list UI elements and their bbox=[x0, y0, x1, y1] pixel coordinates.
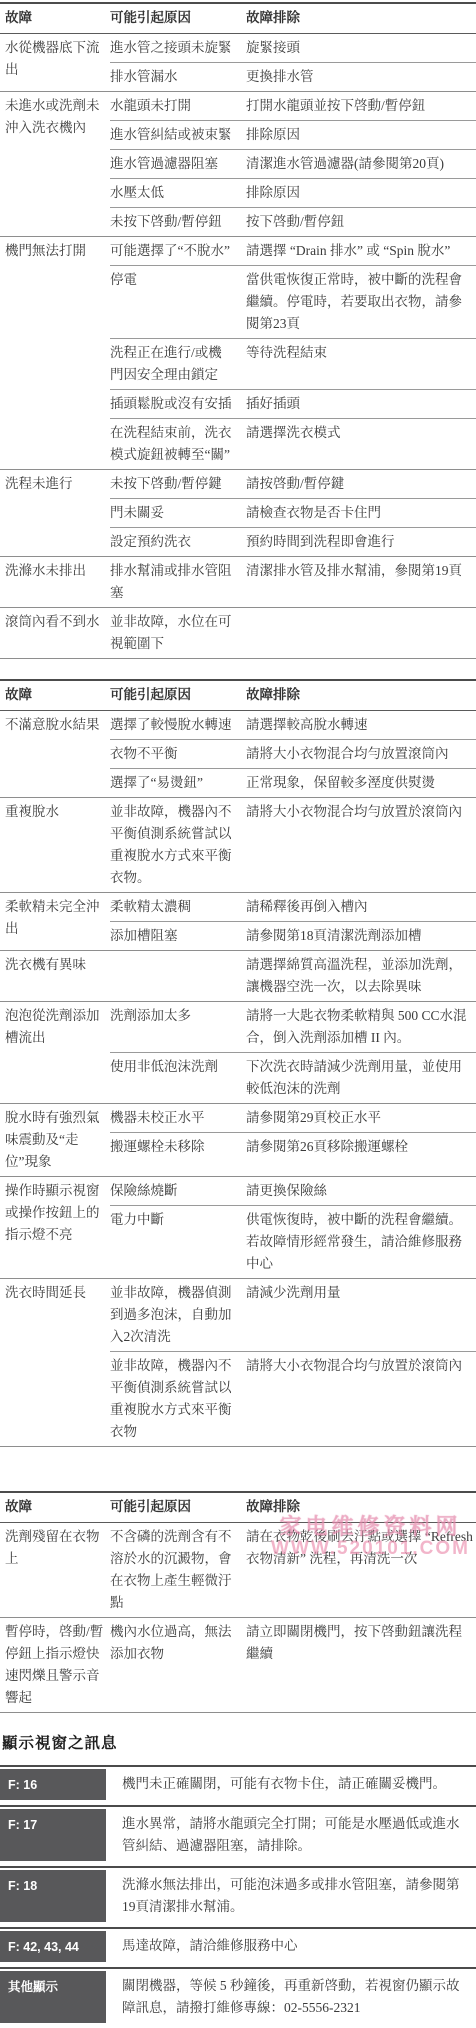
column-header: 故障排除 bbox=[240, 684, 476, 706]
column-header: 故障 bbox=[0, 7, 110, 29]
cause-fix-row: 門未關妥請檢查衣物是否卡住門 bbox=[110, 498, 476, 527]
fix-cell: 請選擇洗衣模式 bbox=[240, 419, 476, 469]
cause-cell: 在洗程結束前，洗衣模式旋鈕被轉至“關” bbox=[110, 419, 240, 469]
cause-fix-row: 進水管糾結或被束緊排除原因 bbox=[110, 120, 476, 149]
error-code-table: F: 16機門未正確關閉，可能有衣物卡住，請正確關妥機門。F: 17進水異常，請… bbox=[0, 1765, 476, 2023]
cause-fix-row: 衣物不平衡請將大小衣物混合均勻放置滾筒內 bbox=[110, 739, 476, 768]
cause-fix-row: 並非故障，機器內不平衡偵測系統嘗試以重複脫水方式來平衡衣物。請將大小衣物混合均勻… bbox=[110, 798, 476, 892]
cause-cell: 進水管糾結或被束緊 bbox=[110, 121, 240, 149]
error-code-row: F: 17進水異常，請將水龍頭完全打開；可能是水壓過低或進水管糾結、過濾器阻塞，… bbox=[0, 1805, 476, 1861]
fault-group-row: 暫停時，啓動/暫停鈕上指示燈快速閃爍且警示音響起機內水位過高，無法添加衣物請立即… bbox=[0, 1618, 476, 1713]
fault-cell: 洗劑殘留在衣物上 bbox=[0, 1523, 110, 1617]
cause-fix-row: 機器未校正水平請參閱第29頁校正水平 bbox=[110, 1104, 476, 1132]
cause-cell: 電力中斷 bbox=[110, 1206, 240, 1278]
fix-cell bbox=[240, 608, 476, 658]
cause-fix-list: 水龍頭未打開打開水龍頭並按下啓動/暫停鈕進水管糾結或被束緊排除原因進水管過濾器阻… bbox=[110, 92, 476, 236]
fault-group-row: 操作時顯示視窗或操作按鈕上的指示燈不亮保險絲燒斷請更換保險絲電力中斷供電恢復時，… bbox=[0, 1177, 476, 1279]
error-code-badge: F: 42, 43, 44 bbox=[0, 1931, 106, 1962]
fault-group-row: 洗滌水未排出排水幫浦或排水管阻塞清潔排水管及排水幫浦，參閱第19頁 bbox=[0, 557, 476, 608]
cause-fix-list: 保險絲燒斷請更換保險絲電力中斷供電恢復時，被中斷的洗程會繼續。若故障情形經常發生… bbox=[110, 1177, 476, 1278]
fix-cell: 請更換保險絲 bbox=[240, 1177, 476, 1205]
fix-cell: 請按啓動/暫停鍵 bbox=[240, 470, 476, 498]
fault-group-row: 洗程未進行未按下啓動/暫停鍵請按啓動/暫停鍵門未關妥請檢查衣物是否卡住門設定預約… bbox=[0, 470, 476, 557]
cause-fix-row: 未按下啓動/暫停鍵請按啓動/暫停鍵 bbox=[110, 470, 476, 498]
fault-cell: 操作時顯示視窗或操作按鈕上的指示燈不亮 bbox=[0, 1177, 110, 1278]
troubleshooting-tables: 故障可能引起原因故障排除水從機器底下流出進水管之接頭未旋緊旋緊接頭排水管漏水更換… bbox=[0, 2, 476, 1713]
fix-cell: 請將大小衣物混合均勻放置於滾筒內 bbox=[240, 1352, 476, 1446]
cause-cell: 機內水位過高，無法添加衣物 bbox=[110, 1618, 240, 1668]
fix-cell: 預約時間到洗程即會進行 bbox=[240, 528, 476, 556]
cause-cell: 添加槽阻塞 bbox=[110, 922, 240, 950]
cause-cell: 衣物不平衡 bbox=[110, 740, 240, 768]
cause-fix-list: 進水管之接頭未旋緊旋緊接頭排水管漏水更換排水管 bbox=[110, 34, 476, 91]
fault-cell: 泡泡從洗劑添加槽流出 bbox=[0, 1002, 110, 1103]
cause-fix-row: 選擇了“易燙鈕”正常現象，保留較多溼度供熨燙 bbox=[110, 768, 476, 797]
cause-cell: 搬運螺栓未移除 bbox=[110, 1133, 240, 1161]
fault-cell: 洗衣時間延長 bbox=[0, 1279, 110, 1446]
cause-fix-list: 機器未校正水平請參閱第29頁校正水平搬運螺栓未移除請參閱第26頁移除搬運螺栓 bbox=[110, 1104, 476, 1176]
fault-cell: 脫水時有強烈氣味震動及“走位”現象 bbox=[0, 1104, 110, 1176]
fault-group-row: 機門無法打開可能選擇了“不脫水”請選擇 “Drain 排水” 或 “Spin 脫… bbox=[0, 237, 476, 470]
fix-cell: 打開水龍頭並按下啓動/暫停鈕 bbox=[240, 92, 476, 120]
error-code-badge: F: 16 bbox=[0, 1769, 106, 1800]
cause-fix-row: 不含磷的洗劑含有不溶於水的沉澱物，會在衣物上產生輕微汙點請在衣物乾後刷去汙點或選… bbox=[110, 1523, 476, 1617]
fault-cell: 洗衣機有異味 bbox=[0, 951, 110, 1001]
fix-cell: 清潔排水管及排水幫浦，參閱第19頁 bbox=[240, 557, 476, 607]
cause-cell: 可能選擇了“不脫水” bbox=[110, 237, 240, 265]
error-code-row: 其他顯示關閉機器，等候 5 秒鐘後，再重新啓動，若視窗仍顯示故障訊息，請撥打維修… bbox=[0, 1967, 476, 2023]
cause-cell: 選擇了“易燙鈕” bbox=[110, 769, 240, 797]
column-header: 可能引起原因 bbox=[110, 1496, 240, 1518]
cause-cell: 水壓太低 bbox=[110, 179, 240, 207]
error-message: 關閉機器，等候 5 秒鐘後，再重新啓動，若視窗仍顯示故障訊息，請撥打維修專線：0… bbox=[106, 1971, 476, 2023]
column-header: 故障 bbox=[0, 1496, 110, 1518]
cause-cell: 並非故障，機器偵測到過多泡沫，自動加入2次清洗 bbox=[110, 1279, 240, 1351]
troubleshooting-table: 故障可能引起原因故障排除不滿意脫水結果選擇了較慢脫水轉速請選擇較高脫水轉速衣物不… bbox=[0, 679, 476, 1447]
fix-cell: 請將大小衣物混合均勻放置滾筒內 bbox=[240, 740, 476, 768]
cause-cell: 停電 bbox=[110, 266, 240, 338]
display-window-section: 顯示視窗之訊息 F: 16機門未正確關閉，可能有衣物卡住，請正確關妥機門。F: … bbox=[0, 1733, 476, 2023]
troubleshooting-table: 故障可能引起原因故障排除洗劑殘留在衣物上不含磷的洗劑含有不溶於水的沉澱物，會在衣… bbox=[0, 1491, 476, 1713]
fault-group-row: 洗衣時間延長並非故障，機器偵測到過多泡沫，自動加入2次清洗請減少洗劑用量並非故障… bbox=[0, 1279, 476, 1447]
section-title: 顯示視窗之訊息 bbox=[2, 1733, 476, 1755]
fault-cell: 機門無法打開 bbox=[0, 237, 110, 469]
fault-group-row: 柔軟精未完全沖出柔軟精太濃稠請稀釋後再倒入槽內添加槽阻塞請參閱第18頁清潔洗劑添… bbox=[0, 893, 476, 951]
cause-fix-row: 並非故障，機器偵測到過多泡沫，自動加入2次清洗請減少洗劑用量 bbox=[110, 1279, 476, 1351]
cause-fix-row: 水龍頭未打開打開水龍頭並按下啓動/暫停鈕 bbox=[110, 92, 476, 120]
fix-cell: 請檢查衣物是否卡住門 bbox=[240, 499, 476, 527]
cause-fix-row: 未按下啓動/暫停鈕按下啓動/暫停鈕 bbox=[110, 207, 476, 236]
cause-fix-row: 在洗程結束前，洗衣模式旋鈕被轉至“關”請選擇洗衣模式 bbox=[110, 418, 476, 469]
cause-cell: 保險絲燒斷 bbox=[110, 1177, 240, 1205]
fault-cell: 洗滌水未排出 bbox=[0, 557, 110, 607]
cause-fix-row: 並非故障，機器內不平衡偵測系統嘗試以重複脫水方式來平衡衣物請將大小衣物混合均勻放… bbox=[110, 1351, 476, 1446]
table-header-row: 故障可能引起原因故障排除 bbox=[0, 2, 476, 34]
cause-fix-row: 進水管之接頭未旋緊旋緊接頭 bbox=[110, 34, 476, 62]
cause-cell: 洗程正在進行/或機門因安全理由鎖定 bbox=[110, 339, 240, 389]
cause-fix-row: 柔軟精太濃稠請稀釋後再倒入槽內 bbox=[110, 893, 476, 921]
error-code-row: F: 16機門未正確關閉，可能有衣物卡住，請正確關妥機門。 bbox=[0, 1765, 476, 1800]
cause-cell: 不含磷的洗劑含有不溶於水的沉澱物，會在衣物上產生輕微汙點 bbox=[110, 1523, 240, 1617]
cause-cell: 選擇了較慢脫水轉速 bbox=[110, 711, 240, 739]
column-header: 可能引起原因 bbox=[110, 684, 240, 706]
error-code-row: F: 18洗滌水無法排出，可能泡沫過多或排水管阻塞，請參閱第19頁清潔排水幫浦。 bbox=[0, 1866, 476, 1922]
fault-group-row: 水從機器底下流出進水管之接頭未旋緊旋緊接頭排水管漏水更換排水管 bbox=[0, 34, 476, 92]
fault-cell: 未進水或洗劑未沖入洗衣機內 bbox=[0, 92, 110, 236]
cause-cell: 使用非低泡沫洗劑 bbox=[110, 1053, 240, 1103]
error-message: 馬達故障，請洽維修服務中心 bbox=[106, 1931, 476, 1962]
column-header: 故障 bbox=[0, 684, 110, 706]
error-message: 洗滌水無法排出，可能泡沫過多或排水管阻塞，請參閱第19頁清潔排水幫浦。 bbox=[106, 1870, 476, 1922]
cause-fix-list: 選擇了較慢脫水轉速請選擇較高脫水轉速衣物不平衡請將大小衣物混合均勻放置滾筒內選擇… bbox=[110, 711, 476, 797]
cause-fix-list: 未按下啓動/暫停鍵請按啓動/暫停鍵門未關妥請檢查衣物是否卡住門設定預約洗衣預約時… bbox=[110, 470, 476, 556]
fault-group-row: 滾筒內看不到水並非故障，水位在可視範圍下 bbox=[0, 608, 476, 659]
cause-cell: 進水管過濾器阻塞 bbox=[110, 150, 240, 178]
cause-cell: 插頭鬆脫或沒有安插 bbox=[110, 390, 240, 418]
fault-cell: 重複脫水 bbox=[0, 798, 110, 892]
fix-cell: 請參閱第18頁清潔洗劑添加槽 bbox=[240, 922, 476, 950]
fault-group-row: 洗劑殘留在衣物上不含磷的洗劑含有不溶於水的沉澱物，會在衣物上產生輕微汙點請在衣物… bbox=[0, 1523, 476, 1618]
cause-fix-row: 排水管漏水更換排水管 bbox=[110, 62, 476, 91]
table-header-row: 故障可能引起原因故障排除 bbox=[0, 1491, 476, 1523]
fix-cell: 當供電恢復正常時，被中斷的洗程會繼續。停電時，若要取出衣物，請參閱第23頁 bbox=[240, 266, 476, 338]
fix-cell: 供電恢復時，被中斷的洗程會繼續。若故障情形經常發生，請洽維修服務中心 bbox=[240, 1206, 476, 1278]
fix-cell: 請選擇較高脫水轉速 bbox=[240, 711, 476, 739]
cause-cell: 未按下啓動/暫停鈕 bbox=[110, 208, 240, 236]
fix-cell: 排除原因 bbox=[240, 121, 476, 149]
fix-cell: 插好插頭 bbox=[240, 390, 476, 418]
fix-cell: 清潔進水管過濾器(請參閱第20頁) bbox=[240, 150, 476, 178]
cause-cell: 並非故障，水位在可視範圍下 bbox=[110, 608, 240, 658]
cause-fix-row: 添加槽阻塞請參閱第18頁清潔洗劑添加槽 bbox=[110, 921, 476, 950]
cause-cell: 水龍頭未打開 bbox=[110, 92, 240, 120]
fault-group-row: 脫水時有強烈氣味震動及“走位”現象機器未校正水平請參閱第29頁校正水平搬運螺栓未… bbox=[0, 1104, 476, 1177]
fix-cell: 請將一大匙衣物柔軟精與 500 CC水混合，倒入洗劑添加槽 II 內。 bbox=[240, 1002, 476, 1052]
error-message: 進水異常，請將水龍頭完全打開；可能是水壓過低或進水管糾結、過濾器阻塞，請排除。 bbox=[106, 1809, 476, 1861]
cause-cell: 進水管之接頭未旋緊 bbox=[110, 34, 240, 62]
column-header: 可能引起原因 bbox=[110, 7, 240, 29]
cause-fix-list: 請選擇綿質高溫洗程，並添加洗劑，讓機器空洗一次，以去除異味 bbox=[110, 951, 476, 1001]
cause-fix-list: 機內水位過高，無法添加衣物請立即關閉機門，按下啓動鈕讓洗程繼續 bbox=[110, 1618, 476, 1712]
cause-cell: 洗劑添加太多 bbox=[110, 1002, 240, 1052]
fault-group-row: 重複脫水並非故障，機器內不平衡偵測系統嘗試以重複脫水方式來平衡衣物。請將大小衣物… bbox=[0, 798, 476, 893]
fault-group-row: 未進水或洗劑未沖入洗衣機內水龍頭未打開打開水龍頭並按下啓動/暫停鈕進水管糾結或被… bbox=[0, 92, 476, 237]
fault-cell: 滾筒內看不到水 bbox=[0, 608, 110, 658]
cause-fix-row: 洗程正在進行/或機門因安全理由鎖定等待洗程結束 bbox=[110, 338, 476, 389]
cause-cell: 排水管漏水 bbox=[110, 63, 240, 91]
fix-cell: 等待洗程結束 bbox=[240, 339, 476, 389]
fix-cell: 請稀釋後再倒入槽內 bbox=[240, 893, 476, 921]
cause-cell: 未按下啓動/暫停鍵 bbox=[110, 470, 240, 498]
fault-cell: 不滿意脫水結果 bbox=[0, 711, 110, 797]
cause-fix-row: 設定預約洗衣預約時間到洗程即會進行 bbox=[110, 527, 476, 556]
fix-cell: 正常現象，保留較多溼度供熨燙 bbox=[240, 769, 476, 797]
cause-fix-row: 搬運螺栓未移除請參閱第26頁移除搬運螺栓 bbox=[110, 1132, 476, 1161]
column-header: 故障排除 bbox=[240, 1496, 476, 1518]
fix-cell: 請將大小衣物混合均勻放置於滾筒內 bbox=[240, 798, 476, 892]
fault-group-row: 洗衣機有異味請選擇綿質高溫洗程，並添加洗劑，讓機器空洗一次，以去除異味 bbox=[0, 951, 476, 1002]
cause-fix-row: 進水管過濾器阻塞清潔進水管過濾器(請參閱第20頁) bbox=[110, 149, 476, 178]
fix-cell: 旋緊接頭 bbox=[240, 34, 476, 62]
cause-fix-list: 並非故障，水位在可視範圍下 bbox=[110, 608, 476, 658]
error-code-badge: 其他顯示 bbox=[0, 1971, 106, 2023]
column-header: 故障排除 bbox=[240, 7, 476, 29]
fix-cell: 更換排水管 bbox=[240, 63, 476, 91]
cause-fix-row: 使用非低泡沫洗劑下次洗衣時請減少洗劑用量，並使用較低泡沫的洗劑 bbox=[110, 1052, 476, 1103]
table-header-row: 故障可能引起原因故障排除 bbox=[0, 679, 476, 711]
fix-cell: 排除原因 bbox=[240, 179, 476, 207]
cause-fix-list: 可能選擇了“不脫水”請選擇 “Drain 排水” 或 “Spin 脫水”停電當供… bbox=[110, 237, 476, 469]
cause-fix-row: 請選擇綿質高溫洗程，並添加洗劑，讓機器空洗一次，以去除異味 bbox=[110, 951, 476, 1001]
cause-fix-row: 水壓太低排除原因 bbox=[110, 178, 476, 207]
fault-cell: 洗程未進行 bbox=[0, 470, 110, 556]
cause-fix-row: 機內水位過高，無法添加衣物請立即關閉機門，按下啓動鈕讓洗程繼續 bbox=[110, 1618, 476, 1668]
fault-group-row: 不滿意脫水結果選擇了較慢脫水轉速請選擇較高脫水轉速衣物不平衡請將大小衣物混合均勻… bbox=[0, 711, 476, 798]
fix-cell: 請選擇綿質高溫洗程，並添加洗劑，讓機器空洗一次，以去除異味 bbox=[240, 951, 476, 1001]
manual-page: { "page": { "tables": [ { "headers": ["故… bbox=[0, 0, 476, 2023]
cause-cell: 設定預約洗衣 bbox=[110, 528, 240, 556]
error-message: 機門未正確關閉，可能有衣物卡住，請正確關妥機門。 bbox=[106, 1769, 476, 1800]
fix-cell: 請選擇 “Drain 排水” 或 “Spin 脫水” bbox=[240, 237, 476, 265]
cause-fix-list: 洗劑添加太多請將一大匙衣物柔軟精與 500 CC水混合，倒入洗劑添加槽 II 內… bbox=[110, 1002, 476, 1103]
fix-cell: 按下啓動/暫停鈕 bbox=[240, 208, 476, 236]
cause-fix-row: 排水幫浦或排水管阻塞清潔排水管及排水幫浦，參閱第19頁 bbox=[110, 557, 476, 607]
cause-fix-list: 柔軟精太濃稠請稀釋後再倒入槽內添加槽阻塞請參閱第18頁清潔洗劑添加槽 bbox=[110, 893, 476, 950]
fix-cell: 請參閱第26頁移除搬運螺栓 bbox=[240, 1133, 476, 1161]
cause-fix-row: 保險絲燒斷請更換保險絲 bbox=[110, 1177, 476, 1205]
fix-cell: 下次洗衣時請減少洗劑用量，並使用較低泡沫的洗劑 bbox=[240, 1053, 476, 1103]
cause-fix-row: 停電當供電恢復正常時，被中斷的洗程會繼續。停電時，若要取出衣物，請參閱第23頁 bbox=[110, 265, 476, 338]
cause-fix-row: 電力中斷供電恢復時，被中斷的洗程會繼續。若故障情形經常發生，請洽維修服務中心 bbox=[110, 1205, 476, 1278]
cause-fix-row: 並非故障，水位在可視範圍下 bbox=[110, 608, 476, 658]
cause-cell: 柔軟精太濃稠 bbox=[110, 893, 240, 921]
cause-fix-list: 不含磷的洗劑含有不溶於水的沉澱物，會在衣物上產生輕微汙點請在衣物乾後刷去汙點或選… bbox=[110, 1523, 476, 1617]
cause-fix-list: 並非故障，機器偵測到過多泡沫，自動加入2次清洗請減少洗劑用量並非故障，機器內不平… bbox=[110, 1279, 476, 1446]
cause-fix-row: 洗劑添加太多請將一大匙衣物柔軟精與 500 CC水混合，倒入洗劑添加槽 II 內… bbox=[110, 1002, 476, 1052]
error-code-row: F: 42, 43, 44馬達故障，請洽維修服務中心 bbox=[0, 1927, 476, 1962]
cause-cell bbox=[110, 951, 240, 1001]
cause-fix-row: 選擇了較慢脫水轉速請選擇較高脫水轉速 bbox=[110, 711, 476, 739]
fault-group-row: 泡泡從洗劑添加槽流出洗劑添加太多請將一大匙衣物柔軟精與 500 CC水混合，倒入… bbox=[0, 1002, 476, 1104]
fix-cell: 請在衣物乾後刷去汙點或選擇 “Refresh 衣物清新” 洗程，再清洗一次 bbox=[240, 1523, 476, 1617]
cause-fix-list: 排水幫浦或排水管阻塞清潔排水管及排水幫浦，參閱第19頁 bbox=[110, 557, 476, 607]
fix-cell: 請減少洗劑用量 bbox=[240, 1279, 476, 1351]
error-code-badge: F: 18 bbox=[0, 1870, 106, 1922]
cause-fix-row: 插頭鬆脫或沒有安插插好插頭 bbox=[110, 389, 476, 418]
troubleshooting-table: 故障可能引起原因故障排除水從機器底下流出進水管之接頭未旋緊旋緊接頭排水管漏水更換… bbox=[0, 2, 476, 659]
cause-cell: 排水幫浦或排水管阻塞 bbox=[110, 557, 240, 607]
cause-cell: 並非故障，機器內不平衡偵測系統嘗試以重複脫水方式來平衡衣物 bbox=[110, 1352, 240, 1446]
cause-fix-row: 可能選擇了“不脫水”請選擇 “Drain 排水” 或 “Spin 脫水” bbox=[110, 237, 476, 265]
cause-fix-list: 並非故障，機器內不平衡偵測系統嘗試以重複脫水方式來平衡衣物。請將大小衣物混合均勻… bbox=[110, 798, 476, 892]
fix-cell: 請參閱第29頁校正水平 bbox=[240, 1104, 476, 1132]
fault-cell: 柔軟精未完全沖出 bbox=[0, 893, 110, 950]
fix-cell: 請立即關閉機門，按下啓動鈕讓洗程繼續 bbox=[240, 1618, 476, 1668]
fault-cell: 水從機器底下流出 bbox=[0, 34, 110, 91]
error-code-badge: F: 17 bbox=[0, 1809, 106, 1861]
fault-cell: 暫停時，啓動/暫停鈕上指示燈快速閃爍且警示音響起 bbox=[0, 1618, 110, 1712]
cause-cell: 門未關妥 bbox=[110, 499, 240, 527]
cause-cell: 並非故障，機器內不平衡偵測系統嘗試以重複脫水方式來平衡衣物。 bbox=[110, 798, 240, 892]
cause-cell: 機器未校正水平 bbox=[110, 1104, 240, 1132]
